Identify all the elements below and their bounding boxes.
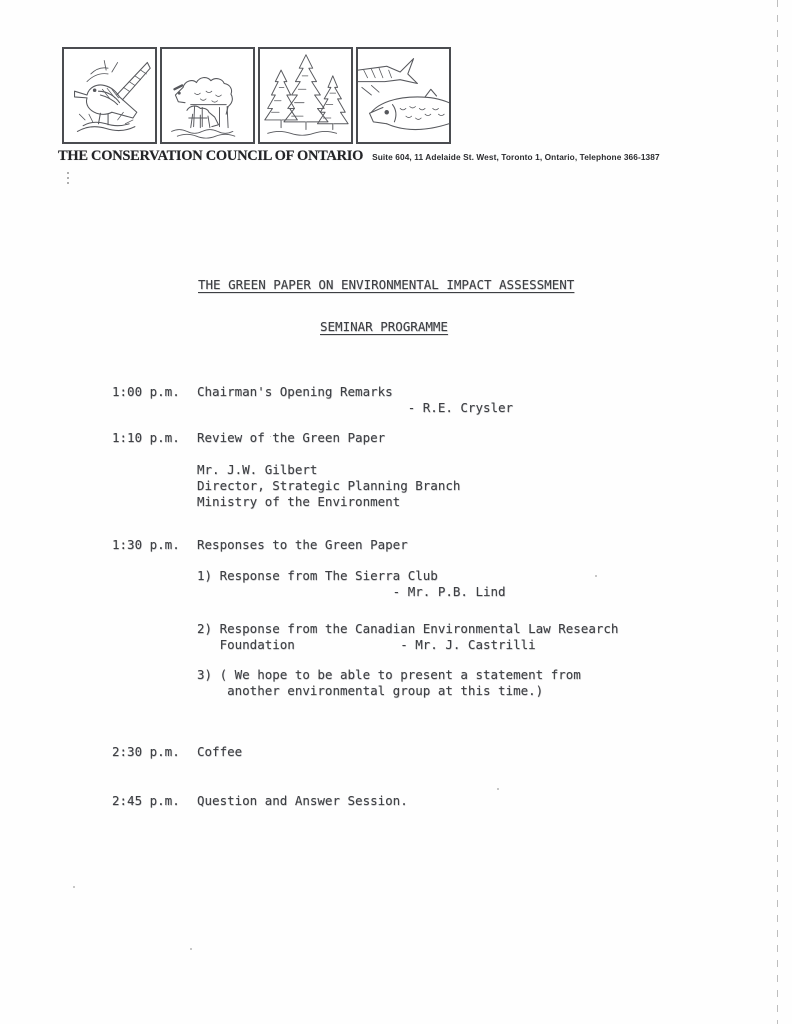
scan-speck: [595, 575, 597, 577]
schedule-text: 1) Response from The Sierra Club - Mr. P…: [197, 568, 506, 600]
scan-edge-artifact: [777, 0, 778, 1024]
scan-speck: [190, 948, 192, 950]
schedule-time: 2:30 p.m.: [112, 744, 180, 760]
schedule-time: 1:10 p.m.: [112, 430, 180, 446]
scan-dot-artifact: [67, 172, 69, 187]
schedule-text: Chairman's Opening Remarks - R.E. Crysle…: [197, 384, 513, 416]
scan-speck: [497, 788, 499, 790]
schedule-time: 2:45 p.m.: [112, 793, 180, 809]
schedule-text: Coffee: [197, 744, 242, 760]
schedule-text: 3) ( We hope to be able to present a sta…: [197, 667, 581, 699]
schedule: 1:00 p.m.Chairman's Opening Remarks - R.…: [0, 0, 792, 1024]
scan-speck: [270, 436, 271, 437]
schedule-time: 1:30 p.m.: [112, 537, 180, 553]
schedule-text: 2) Response from the Canadian Environmen…: [197, 621, 618, 653]
schedule-text: Responses to the Green Paper: [197, 537, 408, 553]
scanned-page: THE CONSERVATION COUNCIL OF ONTARIO Suit…: [0, 0, 792, 1024]
schedule-text: Question and Answer Session.: [197, 793, 408, 809]
schedule-time: 1:00 p.m.: [112, 384, 180, 400]
scan-speck: [73, 886, 75, 888]
schedule-text: Review of the Green Paper Mr. J.W. Gilbe…: [197, 430, 460, 510]
